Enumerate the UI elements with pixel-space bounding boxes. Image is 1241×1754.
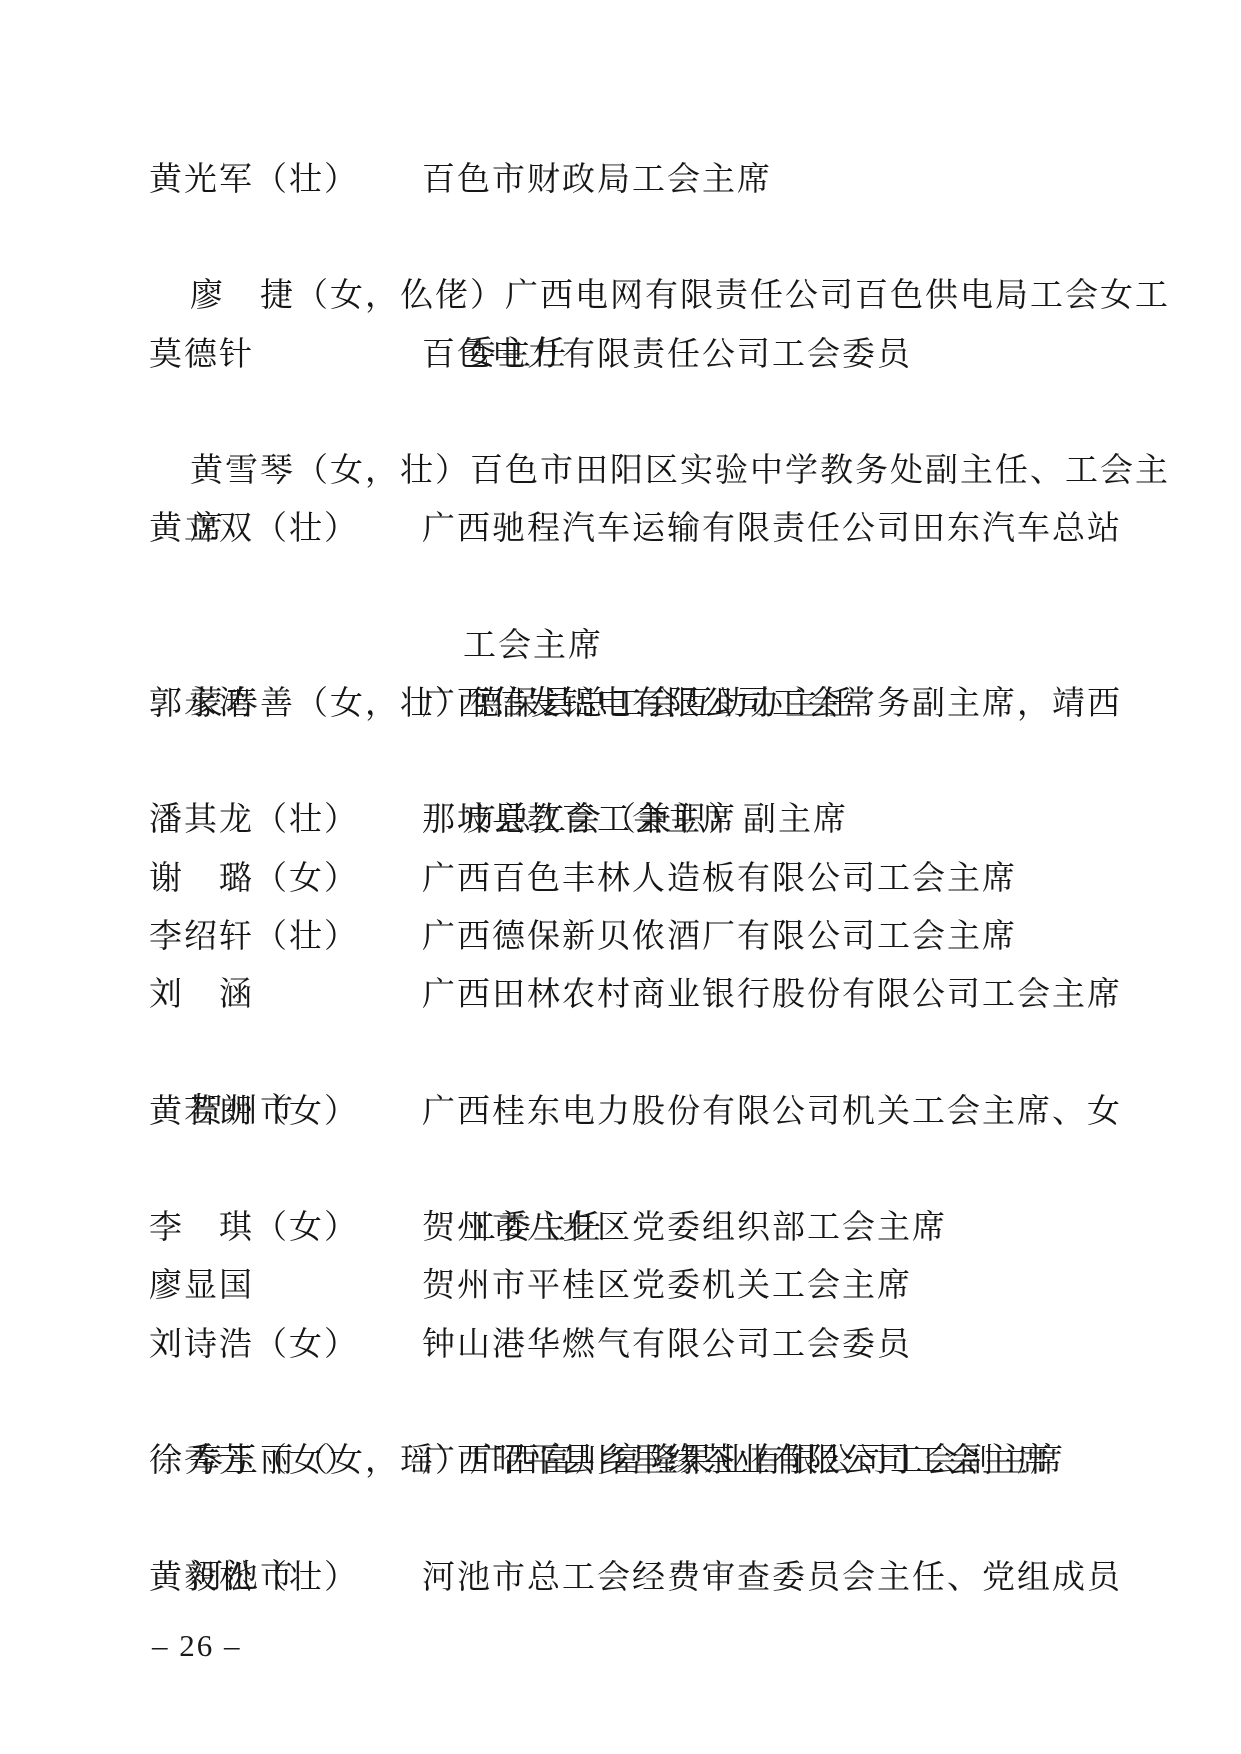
continuation-line: 市总工会（兼职）副主席 (0, 733, 1241, 791)
entry-position: 广西桂东电力股份有限公司机关工会主席、女 (422, 1083, 1122, 1141)
entry-name: 莫德针 (149, 326, 254, 384)
entry-position: 贺州市平桂区党委机关工会主席 (422, 1257, 912, 1315)
entry-name: 李绍轩（壮） (149, 908, 359, 966)
entry-name: 黄毅松（壮） (149, 1549, 359, 1607)
entry-position: 广西信发铝电有限公司工会常务副主席，靖西 (422, 675, 1122, 733)
entry-name: 谢 璐（女） (149, 850, 359, 908)
section-line: 贺州市 (0, 1024, 1241, 1082)
continuation-line: 工会主席 (0, 559, 1241, 617)
entry-line: 蒙春善（女，壮）德保县总工会互助办主任 (0, 617, 1241, 675)
entry-line: 黄光军（壮） 百色市财政局工会主席 (0, 151, 1241, 209)
entry-line: 刘诗浩（女） 钟山港华燃气有限公司工会委员 (0, 1316, 1241, 1374)
entry-line: 黄若朗（女） 广西桂东电力股份有限公司机关工会主席、女 (0, 1083, 1241, 1141)
entry-name: 黄若朗（女） (149, 1083, 359, 1141)
entry-name: 黄立双（壮） (149, 500, 359, 558)
entry-name: 廖显国 (149, 1257, 254, 1315)
entry-line: 李 琪（女） 贺州市八步区党委组织部工会主席 (0, 1199, 1241, 1257)
entry-name: 刘诗浩（女） (149, 1316, 359, 1374)
entry-name: 刘 涵 (149, 966, 254, 1024)
entry-position: 河池市总工会经费审查委员会主任、党组成员 (422, 1549, 1122, 1607)
document-page: 黄光军（壮） 百色市财政局工会主席 廖 捷（女，仫佬）广西电网有限责任公司百色供… (0, 0, 1241, 1754)
continuation-line: 工委主任 (0, 1141, 1241, 1199)
entry-position: 广西昭平县乡里缘茶业有限公司工会主席 (422, 1432, 1052, 1490)
entry-line: 李绍轩（壮） 广西德保新贝侬酒厂有限公司工会主席 (0, 908, 1241, 966)
section-line: 河池市 (0, 1490, 1241, 1548)
entry-line: 郭永鸿 广西信发铝电有限公司工会常务副主席，靖西 (0, 675, 1241, 733)
entry-name: 潘其龙（壮） (149, 791, 359, 849)
entry-line: 奉玉丽（女，瑶）广西富川富隆果业有限公司工会副主席 (0, 1374, 1241, 1432)
entry-line: 谢 璐（女） 广西百色丰林人造板有限公司工会主席 (0, 850, 1241, 908)
entry-position: 贺州市八步区党委组织部工会主席 (422, 1199, 947, 1257)
entry-line: 廖显国 贺州市平桂区党委机关工会主席 (0, 1257, 1241, 1315)
entry-position: 广西德保新贝侬酒厂有限公司工会主席 (422, 908, 1017, 966)
entry-name: 郭永鸿 (149, 675, 254, 733)
entry-line: 廖 捷（女，仫佬）广西电网有限责任公司百色供电局工会女工 (0, 209, 1241, 267)
page-number: – 26 – (152, 1628, 242, 1664)
entry-line: 徐秀芳（女） 广西昭平县乡里缘茶业有限公司工会主席 (0, 1432, 1241, 1490)
entry-line: 潘其龙（壮） 那坡县教育工会主席 (0, 791, 1241, 849)
entry-line: 莫德针 百色电力有限责任公司工会委员 (0, 326, 1241, 384)
entry-position: 百色电力有限责任公司工会委员 (422, 326, 912, 384)
entry-position: 广西驰程汽车运输有限责任公司田东汽车总站 (422, 500, 1122, 558)
entry-name: 李 琪（女） (149, 1199, 359, 1257)
entry-position: 广西田林农村商业银行股份有限公司工会主席 (422, 966, 1122, 1024)
page: { "page_number": "– 26 –", "lines": [ { … (0, 0, 1241, 1754)
entry-line: 刘 涵 广西田林农村商业银行股份有限公司工会主席 (0, 966, 1241, 1024)
entry-name: 黄光军（壮） (149, 151, 359, 209)
entry-position: 那坡县教育工会主席 (422, 791, 737, 849)
entry-position: 广西百色丰林人造板有限公司工会主席 (422, 850, 1017, 908)
entry-line: 黄雪琴（女，壮）百色市田阳区实验中学教务处副主任、工会主 (0, 384, 1241, 442)
continuation-line: 委主任 (0, 267, 1241, 325)
entry-position: 钟山港华燃气有限公司工会委员 (422, 1316, 912, 1374)
entry-line: 黄毅松（壮） 河池市总工会经费审查委员会主任、党组成员 (0, 1549, 1241, 1607)
entry-name: 徐秀芳（女） (149, 1432, 359, 1490)
entry-position: 百色市财政局工会主席 (422, 151, 772, 209)
continuation-line: 席 (0, 442, 1241, 500)
entry-line: 黄立双（壮） 广西驰程汽车运输有限责任公司田东汽车总站 (0, 500, 1241, 558)
